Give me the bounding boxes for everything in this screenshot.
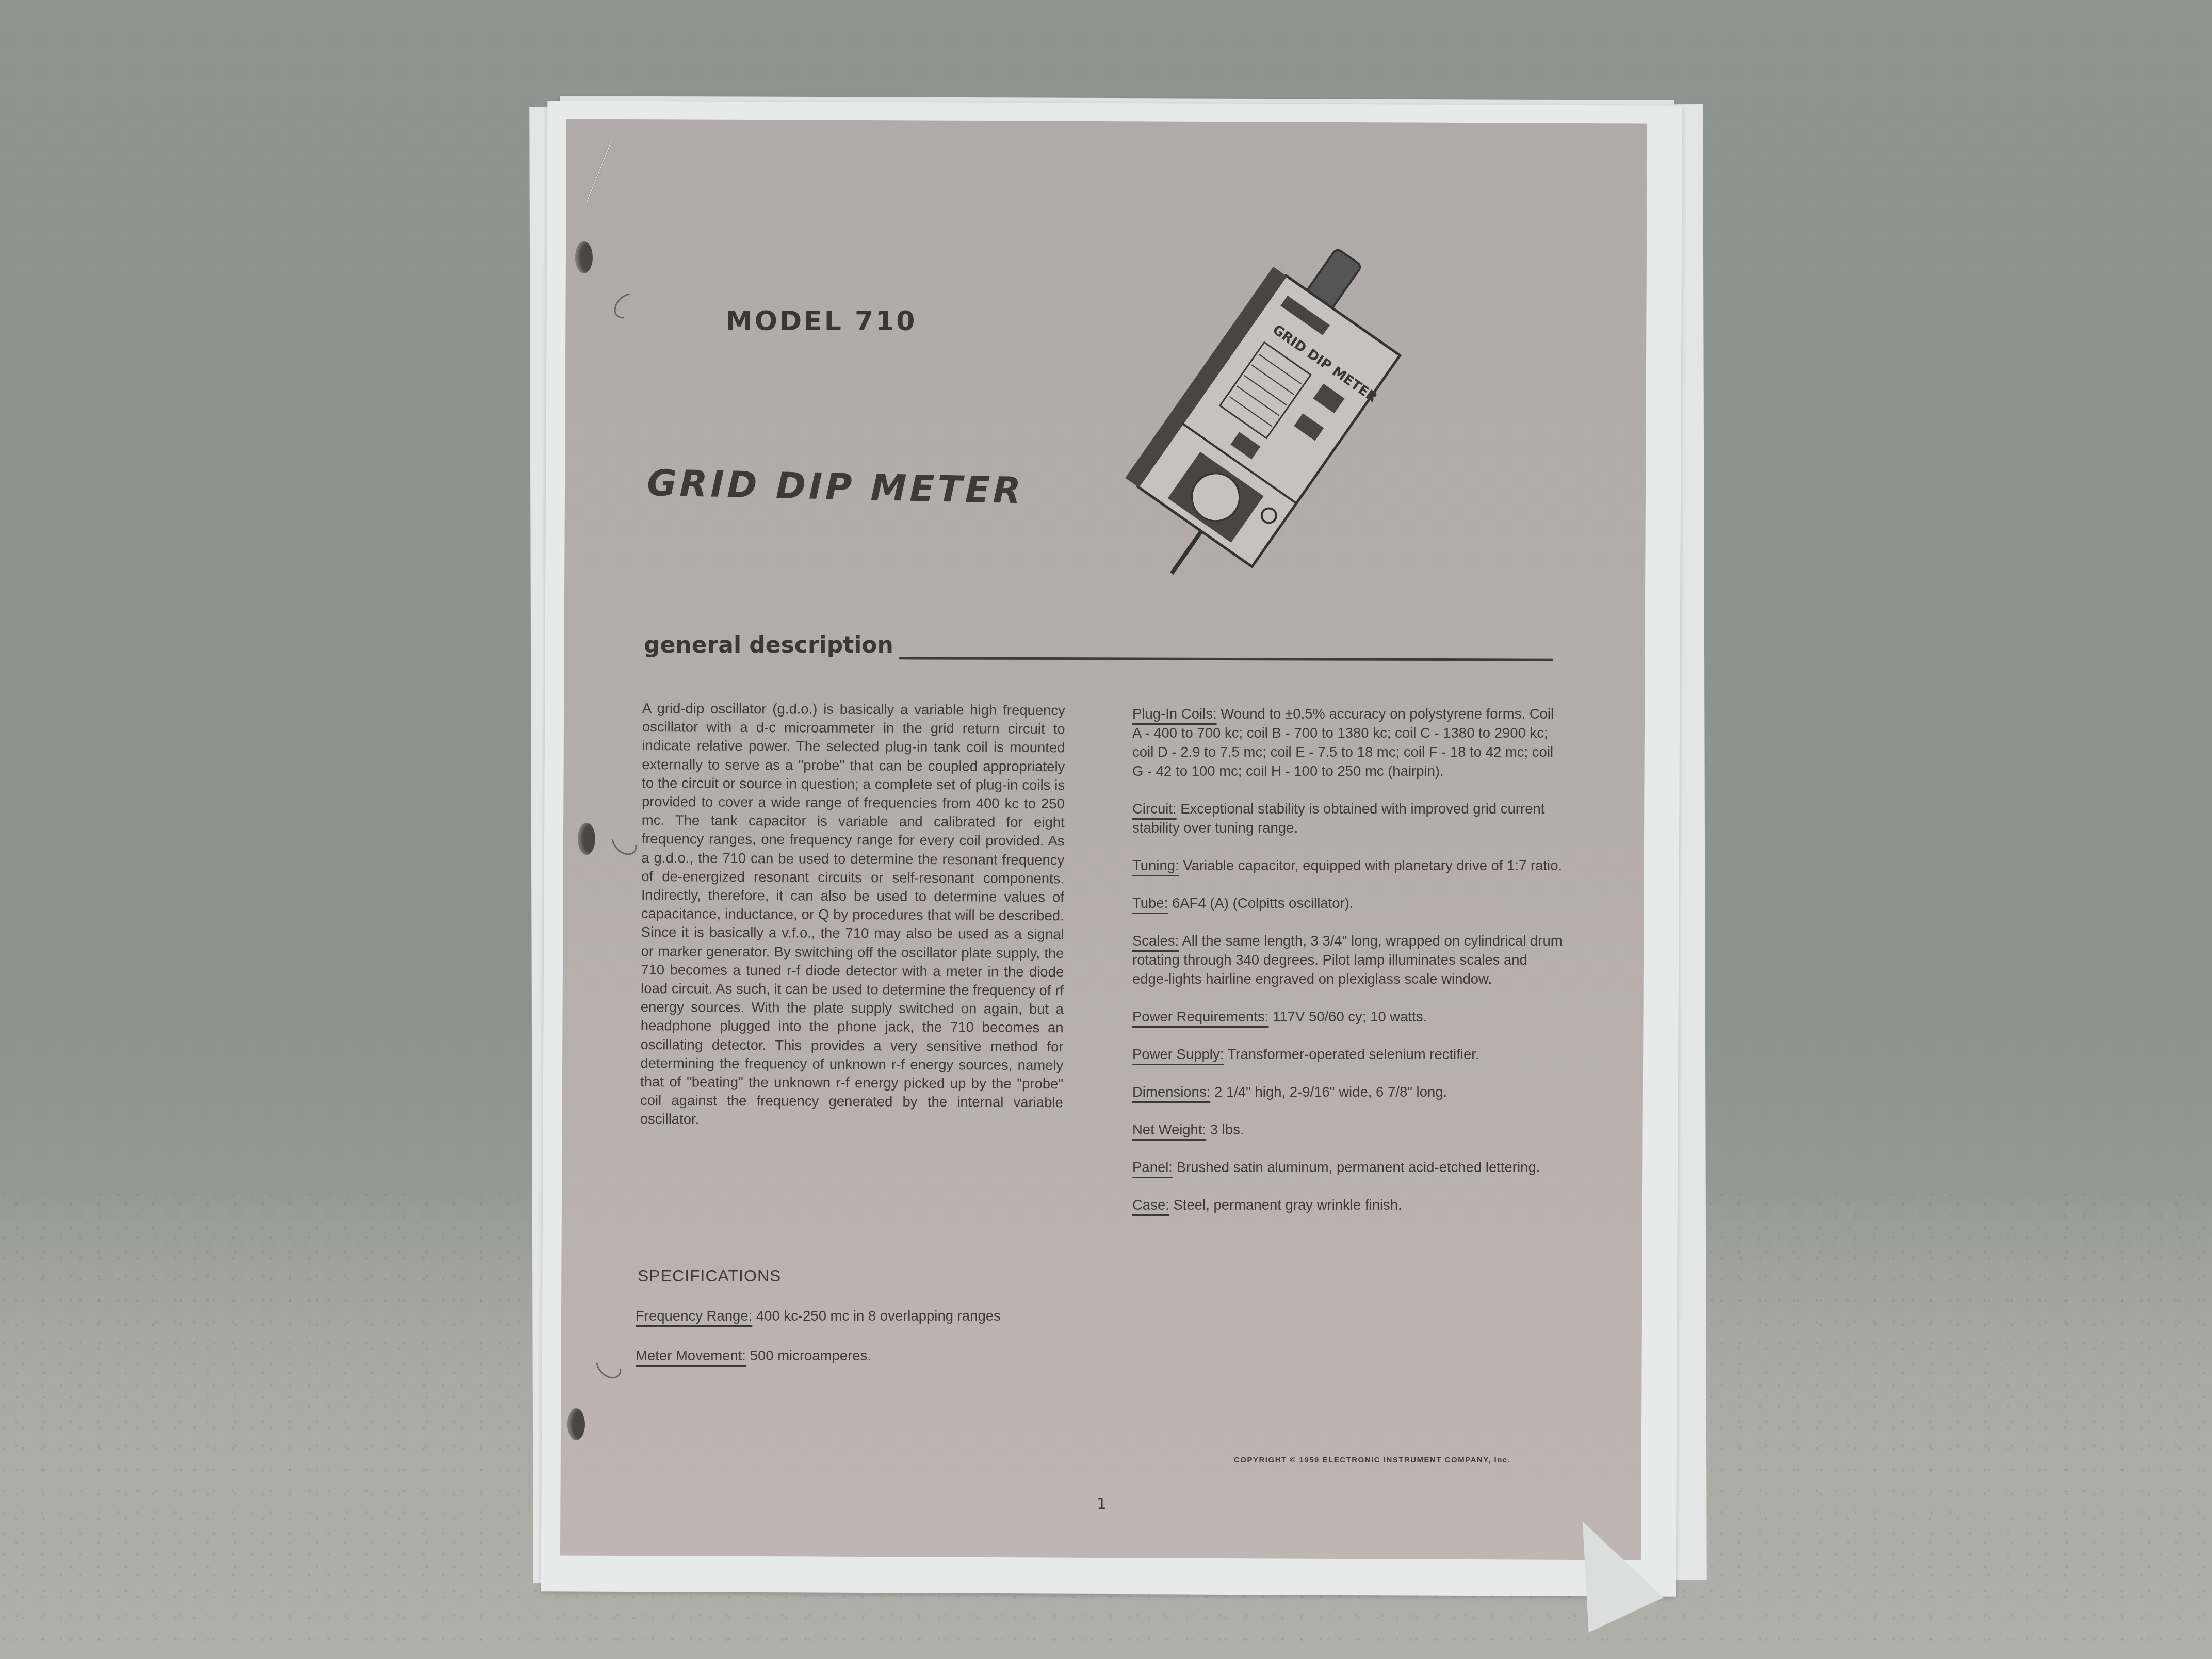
spec-power-requirements: Power Requirements: 117V 50/60 cy; 10 wa…: [1132, 1007, 1563, 1026]
spec-label: Dimensions:: [1132, 1084, 1210, 1100]
spec-label: Tube:: [1132, 895, 1168, 911]
spec-label: Panel:: [1132, 1159, 1173, 1175]
spec-value: Steel, permanent gray wrinkle finish.: [1173, 1197, 1402, 1213]
spec-frequency-range: Frequency Range: 400 kc-250 mc in 8 over…: [636, 1308, 1001, 1324]
copyright-notice: COPYRIGHT © 1959 ELECTRONIC INSTRUMENT C…: [1234, 1456, 1510, 1465]
spec-power-supply: Power Supply: Transformer-operated selen…: [1132, 1045, 1563, 1064]
spec-value: All the same length, 3 3/4" long, wrappe…: [1132, 933, 1563, 987]
spec-case: Case: Steel, permanent gray wrinkle fini…: [1132, 1195, 1563, 1214]
spec-panel: Panel: Brushed satin aluminum, permanent…: [1132, 1158, 1563, 1177]
spec-value: 500 microamperes.: [750, 1347, 871, 1363]
spec-label: Case:: [1132, 1197, 1169, 1213]
section-heading: general description: [644, 632, 893, 658]
spec-label: Plug-In Coils:: [1132, 706, 1217, 722]
model-heading: MODEL 710: [726, 306, 917, 337]
spec-label: Frequency Range:: [636, 1308, 752, 1324]
spec-value: Brushed satin aluminum, permanent acid-e…: [1177, 1159, 1540, 1175]
spec-value: 117V 50/60 cy; 10 watts.: [1273, 1009, 1427, 1024]
spec-value: 2 1/4" high, 2-9/16" wide, 6 7/8" long.: [1214, 1084, 1447, 1100]
spec-value: 400 kc-250 mc in 8 overlapping ranges: [756, 1308, 1001, 1324]
spec-value: Exceptional stability is obtained with i…: [1132, 801, 1544, 836]
spec-meter-movement: Meter Movement: 500 microamperes.: [636, 1347, 871, 1364]
spec-value: Transformer-operated selenium rectifier.: [1227, 1046, 1479, 1062]
spec-value: 3 lbs.: [1210, 1121, 1244, 1137]
page-number: 1: [1097, 1495, 1107, 1513]
grid-dip-meter-illustration: GRID DIP METER: [1125, 242, 1455, 604]
spec-tuning: Tuning: Variable capacitor, equipped wit…: [1132, 856, 1563, 875]
spec-label: Scales:: [1132, 933, 1179, 949]
specifications-heading: SPECIFICATIONS: [638, 1266, 781, 1286]
spec-label: Net Weight:: [1132, 1121, 1206, 1137]
spec-circuit: Circuit: Exceptional stability is obtain…: [1132, 799, 1563, 837]
specifications-right-column: Plug-In Coils: Wound to ±0.5% accuracy o…: [1132, 704, 1563, 1233]
page-title: GRID DIP METER: [646, 462, 1024, 512]
spec-label: Meter Movement:: [636, 1347, 746, 1363]
spec-label: Circuit:: [1132, 801, 1177, 817]
spec-label: Tuning:: [1132, 857, 1179, 873]
spec-scales: Scales: All the same length, 3 3/4" long…: [1132, 931, 1563, 988]
spec-plug-in-coils: Plug-In Coils: Wound to ±0.5% accuracy o…: [1132, 704, 1563, 780]
spec-tube: Tube: 6AF4 (A) (Colpitts oscillator).: [1132, 893, 1563, 913]
spec-net-weight: Net Weight: 3 lbs.: [1132, 1120, 1563, 1139]
punch-hole-icon: [578, 823, 595, 855]
spec-value: 6AF4 (A) (Colpitts oscillator).: [1172, 895, 1353, 911]
description-paragraph: A grid-dip oscillator (g.d.o.) is basica…: [640, 699, 1065, 1131]
spec-value: Variable capacitor, equipped with planet…: [1183, 857, 1562, 873]
spec-dimensions: Dimensions: 2 1/4" high, 2-9/16" wide, 6…: [1132, 1082, 1563, 1101]
punch-hole-icon: [575, 241, 593, 273]
punch-hole-icon: [567, 1408, 585, 1440]
spec-label: Power Requirements:: [1132, 1009, 1268, 1024]
spec-label: Power Supply:: [1132, 1046, 1224, 1062]
